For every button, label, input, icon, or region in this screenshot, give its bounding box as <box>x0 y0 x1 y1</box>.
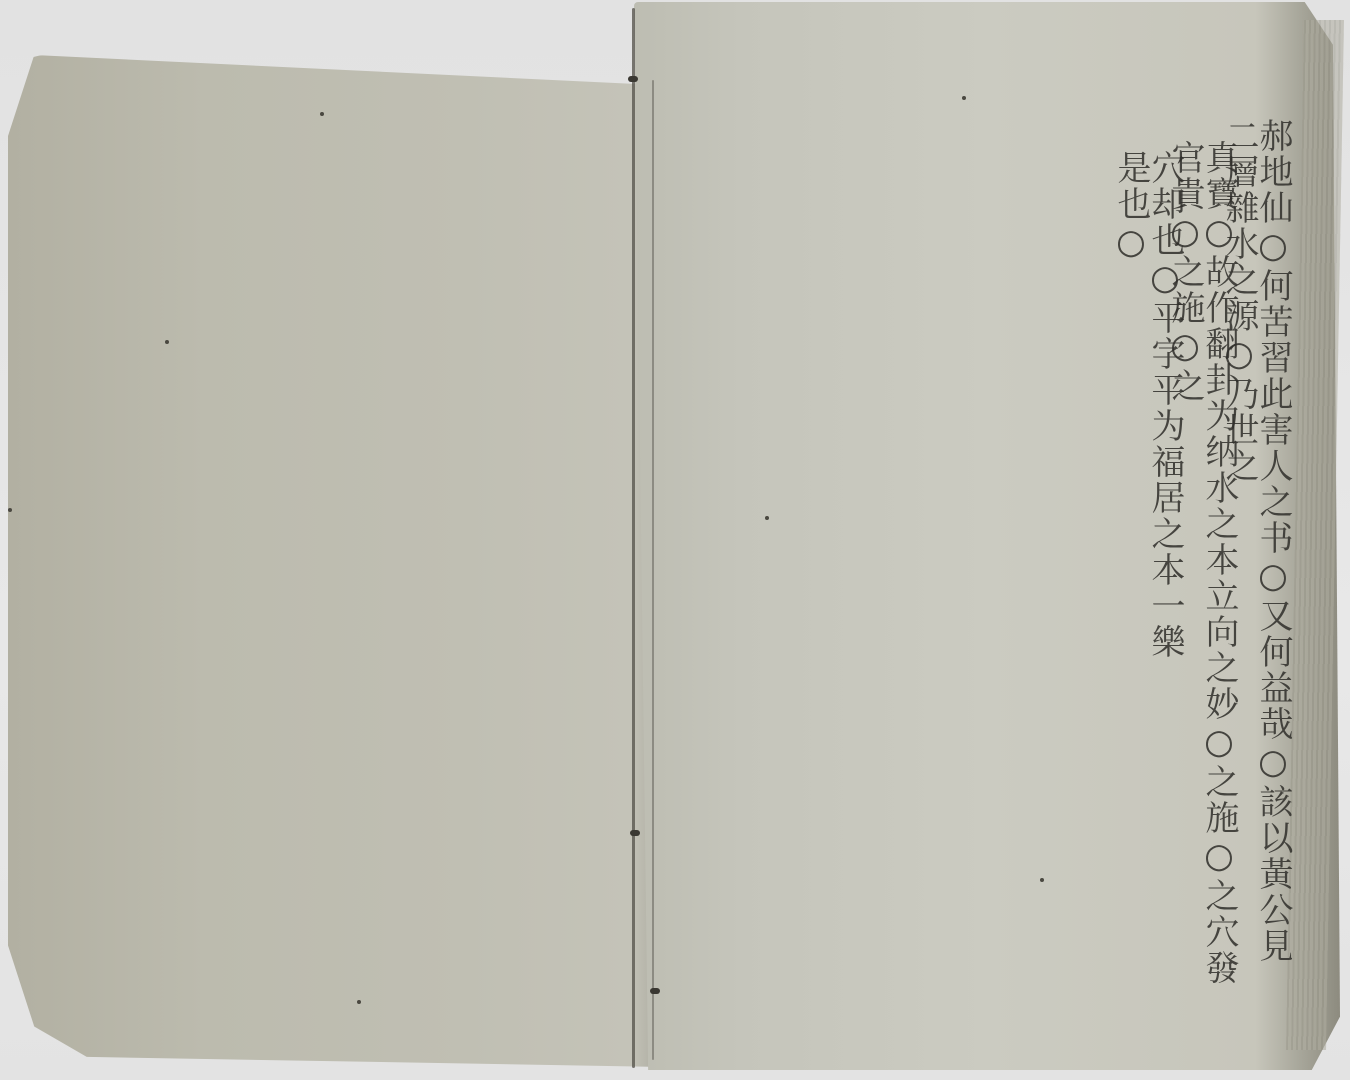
binding-stitch <box>630 830 640 836</box>
paper-speck <box>165 340 169 344</box>
paper-speck <box>320 112 324 116</box>
binding-stitch <box>650 988 660 994</box>
book-spine <box>632 8 635 1068</box>
binding-stitch <box>628 76 638 82</box>
paper-speck <box>765 516 769 520</box>
paper-speck <box>1040 878 1044 882</box>
spine-fold <box>652 80 654 1060</box>
paper-speck <box>8 508 12 512</box>
paper-speck <box>357 1000 361 1004</box>
paper-speck <box>962 96 966 100</box>
left-page <box>8 55 664 1067</box>
manuscript-column-3: 穴却也○平字平为福居之本一樂是也○ <box>1114 150 1182 690</box>
